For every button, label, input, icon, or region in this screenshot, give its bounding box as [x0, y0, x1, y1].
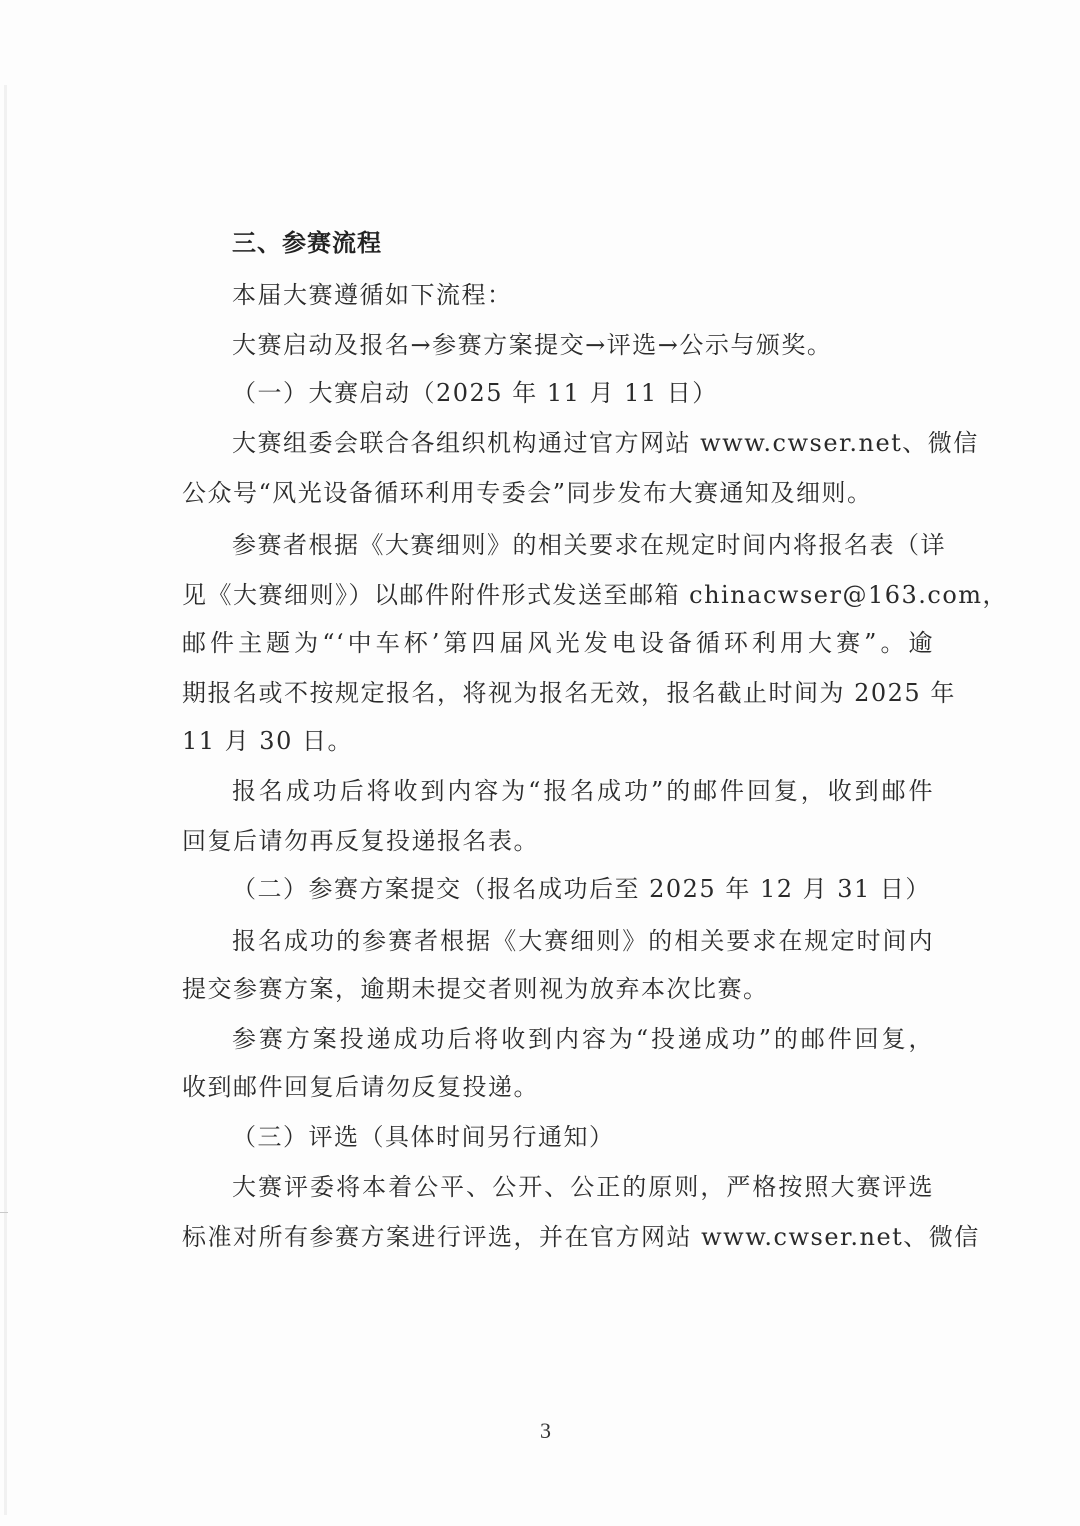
section-heading: 三、参赛流程 [232, 228, 934, 258]
subsection-heading-3: （三）评选（具体时间另行通知） [232, 1122, 934, 1152]
page-number: 3 [540, 1418, 551, 1444]
paragraph-line: 报名成功后将收到内容为“报名成功”的邮件回复，收到邮件 [232, 776, 934, 806]
paragraph-line: 参赛方案投递成功后将收到内容为“投递成功”的邮件回复， [232, 1024, 934, 1054]
paragraph-line: 报名成功的参赛者根据《大赛细则》的相关要求在规定时间内 [232, 926, 934, 956]
paragraph-line: 本届大赛遵循如下流程： [232, 280, 934, 310]
paragraph-line: 见《大赛细则》）以邮件附件形式发送至邮箱 chinacwser@163.com， [182, 580, 934, 610]
paragraph-line: 收到邮件回复后请勿反复投递。 [182, 1072, 934, 1102]
scan-edge-mark [0, 1212, 8, 1213]
paragraph-line: 标准对所有参赛方案进行评选，并在官方网站 www.cwser.net、微信 [182, 1222, 934, 1252]
subsection-heading-1: （一）大赛启动（2025 年 11 月 11 日） [232, 378, 934, 408]
flow-summary-line: 大赛启动及报名→参赛方案提交→评选→公示与颁奖。 [232, 330, 934, 360]
subsection-heading-2: （二）参赛方案提交（报名成功后至 2025 年 12 月 31 日） [232, 874, 934, 904]
paragraph-line: 大赛组委会联合各组织机构通过官方网站 www.cwser.net、微信 [232, 428, 934, 458]
paragraph-line: 邮件主题为“‘中车杯’第四届风光发电设备循环利用大赛”。逾 [182, 628, 934, 658]
scan-edge-shadow [4, 85, 7, 1515]
paragraph-line: 期报名或不按规定报名，将视为报名无效，报名截止时间为 2025 年 [182, 678, 934, 708]
paragraph-line: 大赛评委将本着公平、公开、公正的原则，严格按照大赛评选 [232, 1172, 934, 1202]
paragraph-line: 参赛者根据《大赛细则》的相关要求在规定时间内将报名表（详 [232, 530, 934, 560]
paragraph-line: 公众号“风光设备循环利用专委会”同步发布大赛通知及细则。 [182, 478, 934, 508]
paragraph-line: 11 月 30 日。 [182, 726, 934, 756]
paragraph-line: 提交参赛方案，逾期未提交者则视为放弃本次比赛。 [182, 974, 934, 1004]
paragraph-line: 回复后请勿再反复投递报名表。 [182, 826, 934, 856]
